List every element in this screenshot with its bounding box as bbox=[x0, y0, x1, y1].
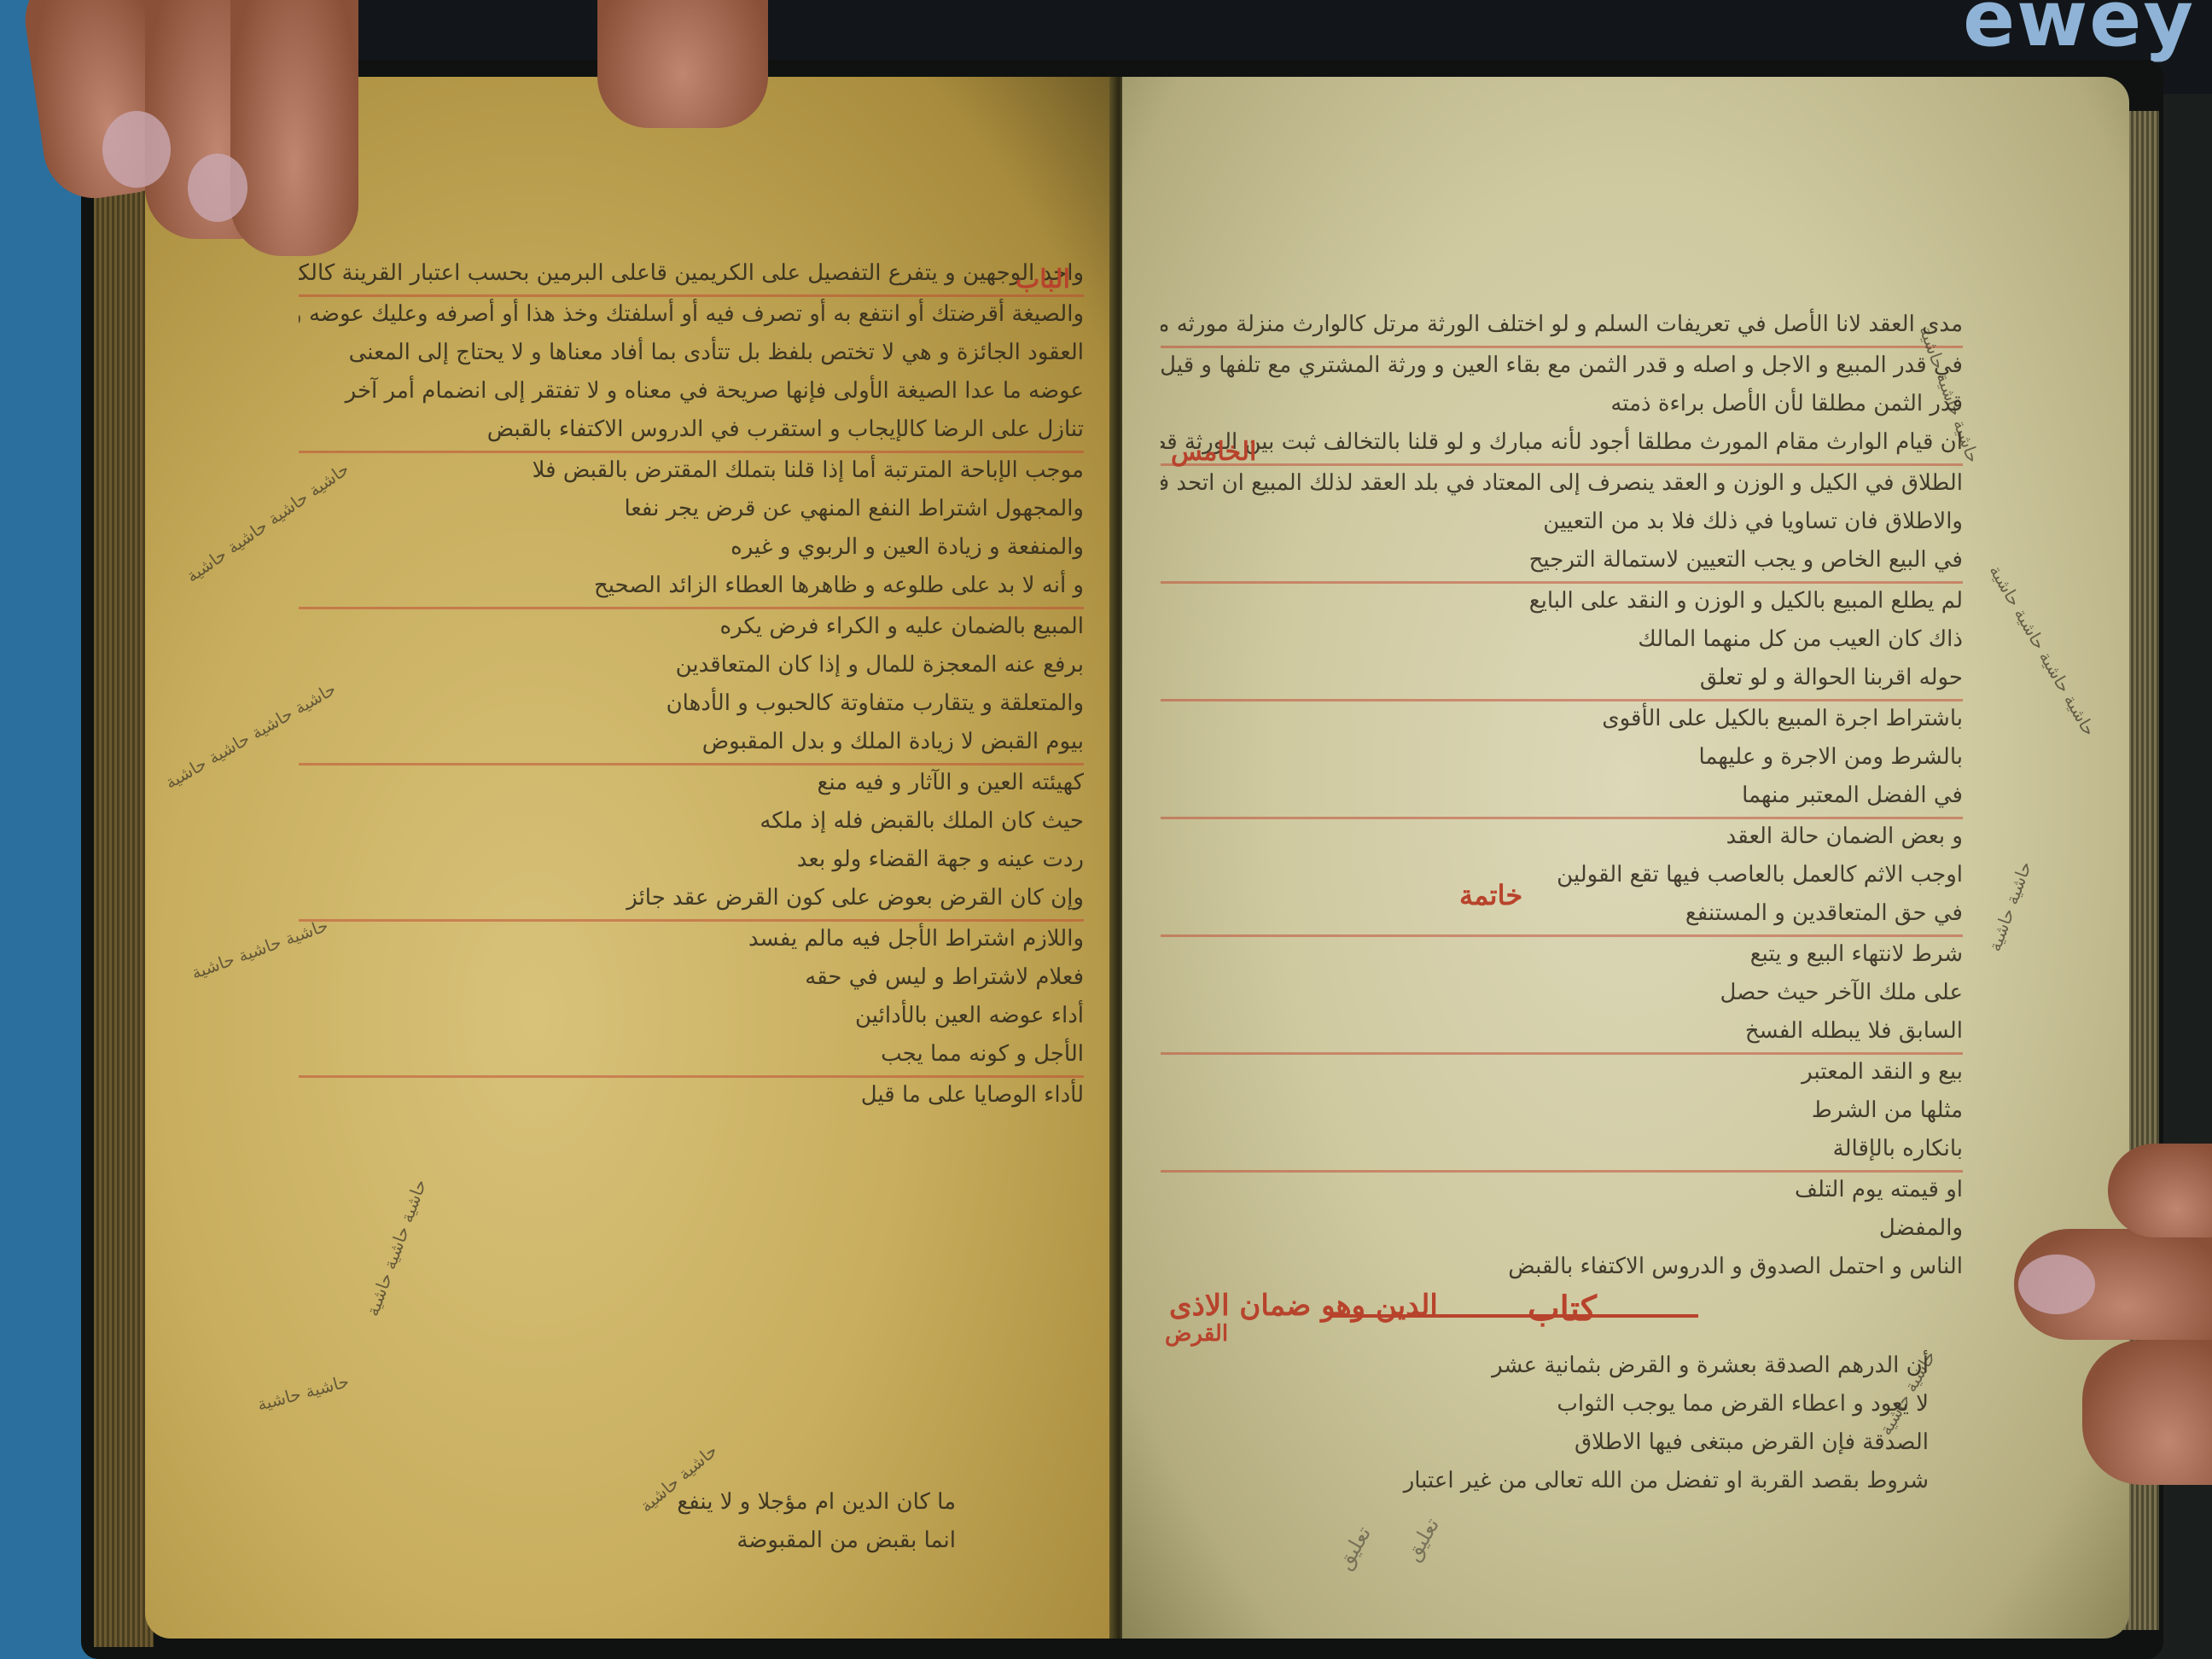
right-page-after-title: أن الدرهم الصدقة بعشرة و القرض بثمانية ع… bbox=[1161, 1348, 1929, 1502]
rubric-qard: القرض bbox=[1165, 1321, 1228, 1347]
manuscript-line: في قدر المبيع و الاجل و اصله و قدر الثمن… bbox=[1161, 346, 1963, 382]
manuscript-line: على ملك الآخر حيث حصل bbox=[1161, 975, 1963, 1010]
manuscript-line: والمنفعة و زيادة العين و الربوي و غيره bbox=[299, 530, 1084, 564]
manuscript-line: باشتراط اجرة المبيع بالكيل على الأقوى bbox=[1161, 699, 1963, 736]
manuscript-line: والصيغة أقرضتك أو انتفع به أو تصرف فيه أ… bbox=[299, 294, 1084, 331]
manuscript-line: او قيمته يوم التلف bbox=[1161, 1170, 1963, 1207]
manuscript-line: لم يطلع المبيع بالكيل و الوزن و النقد عل… bbox=[1161, 581, 1963, 618]
left-page-bottom-lines: ما كان الدين ام مؤجلا و لا ينفعانما بقبض… bbox=[444, 1485, 956, 1562]
manuscript-line: فعلام لاشتراط و ليس في حقه bbox=[299, 960, 1084, 994]
manuscript-line: المبيع بالضمان عليه و الكراء فرض يكره bbox=[299, 607, 1084, 643]
manuscript-line: السابق فلا يبطله الفسخ bbox=[1161, 1014, 1963, 1048]
manuscript-line: موجب الإباحة المترتبة أما إذا قلنا بتملك… bbox=[299, 451, 1084, 487]
manuscript-line: قدر الثمن مطلقا لأن الأصل براءة ذمته bbox=[1161, 387, 1963, 421]
manuscript-line: حيث كان الملك بالقبض فله إذ ملكه bbox=[299, 804, 1084, 838]
manuscript-line: عوضه ما عدا الصيغة الأولى فإنها صريحة في… bbox=[299, 374, 1084, 408]
manuscript-line: مثلها من الشرط bbox=[1161, 1093, 1963, 1127]
manuscript-line: ان قيام الوارث مقام المورث مطلقا أجود لأ… bbox=[1161, 425, 1963, 459]
manuscript-line: و أنه لا بد على طلوعه و ظاهرها العطاء ال… bbox=[299, 568, 1084, 602]
manuscript-line: ردت عينه و جهة القضاء ولو بعد bbox=[299, 842, 1084, 876]
manuscript-line: و بعض الضمان حالة العقد bbox=[1161, 817, 1963, 853]
manuscript-line: الأجل و كونه مما يجب bbox=[299, 1037, 1084, 1071]
rubric-bab: الباب bbox=[1016, 265, 1070, 294]
manuscript-line: شرط لانتهاء البيع و يتبع bbox=[1161, 934, 1963, 971]
manuscript-line: في حق المتعاقدين و المستنفع bbox=[1161, 896, 1963, 930]
manuscript-line: والمفضل bbox=[1161, 1211, 1963, 1245]
manuscript-line: مدى العقد لانا الأصل في تعريفات السلم و … bbox=[1161, 307, 1963, 341]
manuscript-line: واحد الوجهين و يتفرع التفصيل على الكريمي… bbox=[299, 256, 1084, 290]
right-page-text: مدى العقد لانا الأصل في تعريفات السلم و … bbox=[1161, 307, 1963, 1288]
manuscript-line: لأداء الوصايا على ما قيل bbox=[299, 1075, 1084, 1112]
rubric-khamis: الخامس bbox=[1171, 437, 1256, 467]
manuscript-line: أداء عوضه العين بالأدائين bbox=[299, 998, 1084, 1033]
manuscript-line: ذاك كان العيب من كل منهما المالك bbox=[1161, 622, 1963, 656]
manuscript-line: في البيع الخاص و يجب التعيين لاستمالة ال… bbox=[1161, 543, 1963, 577]
manuscript-line: ما كان الدين ام مؤجلا و لا ينفع bbox=[444, 1485, 956, 1519]
manuscript-line: شروط بقصد القربة او تفضل من الله تعالى م… bbox=[1161, 1464, 1929, 1498]
manuscript-line: بانكاره بالإقالة bbox=[1161, 1132, 1963, 1166]
manuscript-line: واللازم اشتراط الأجل فيه مالم يفسد bbox=[299, 919, 1084, 956]
manuscript-line: انما بقبض من المقبوضة bbox=[444, 1523, 956, 1557]
left-page-text: واحد الوجهين و يتفرع التفصيل على الكريمي… bbox=[299, 256, 1084, 1116]
manuscript-line: في الفضل المعتبر منهما bbox=[1161, 778, 1963, 812]
manuscript-line: والمجهول اشتراط النفع المنهي عن قرض يجر … bbox=[299, 492, 1084, 526]
manuscript-line: الصدقة فإن القرض مبتغى فيها الاطلاق bbox=[1161, 1425, 1929, 1459]
manuscript-line: بيع و النقد المعتبر bbox=[1161, 1052, 1963, 1089]
manuscript-line: الطلاق في الكيل و الوزن و العقد ينصرف إل… bbox=[1161, 463, 1963, 500]
manuscript-line: أن الدرهم الصدقة بعشرة و القرض بثمانية ع… bbox=[1161, 1348, 1929, 1382]
manuscript-line: والمتعلقة و يتقارب متفاوتة كالحبوب و الأ… bbox=[299, 686, 1084, 720]
manuscript-line: لا يعود و اعطاء القرض مما يوجب الثواب bbox=[1161, 1387, 1929, 1421]
manuscript-line: اوجب الاثم كالعمل بالعاصب فيها تقع القول… bbox=[1161, 858, 1963, 892]
manuscript-line: والاطلاق فان تساويا في ذلك فلا بد من الت… bbox=[1161, 504, 1963, 538]
manuscript-line: وإن كان القرض بعوض على كون القرض عقد جائ… bbox=[299, 881, 1084, 915]
manuscript-line: برفع عنه المعجزة للمال و إذا كان المتعاق… bbox=[299, 648, 1084, 682]
manuscript-line: بيوم القبض لا زيادة الملك و بدل المقبوض bbox=[299, 725, 1084, 759]
manuscript-line: بالشرط ومن الاجرة و عليهما bbox=[1161, 740, 1963, 774]
rubric-kitab-title: الدين وهو ضمان الاذى bbox=[1169, 1289, 1438, 1323]
backdrop-lettering: ewey bbox=[1963, 0, 2195, 64]
manuscript-line: العقود الجائزة و هي لا تختص بلفظ بل تتأد… bbox=[299, 335, 1084, 370]
manuscript-line: تنازل على الرضا كالإيجاب و استقرب في الد… bbox=[299, 412, 1084, 446]
rubric-kitab: كتاب bbox=[1528, 1289, 1597, 1329]
manuscript-line: الناس و احتمل الصدوق و الدروس الاكتفاء ب… bbox=[1161, 1249, 1963, 1284]
manuscript-line: حوله اقربنا الحوالة و لو تعلق bbox=[1161, 661, 1963, 695]
manuscript-line: كهيئته العين و الآثار و فيه منع bbox=[299, 763, 1084, 800]
rubric-khatima: خاتمة bbox=[1459, 879, 1522, 911]
